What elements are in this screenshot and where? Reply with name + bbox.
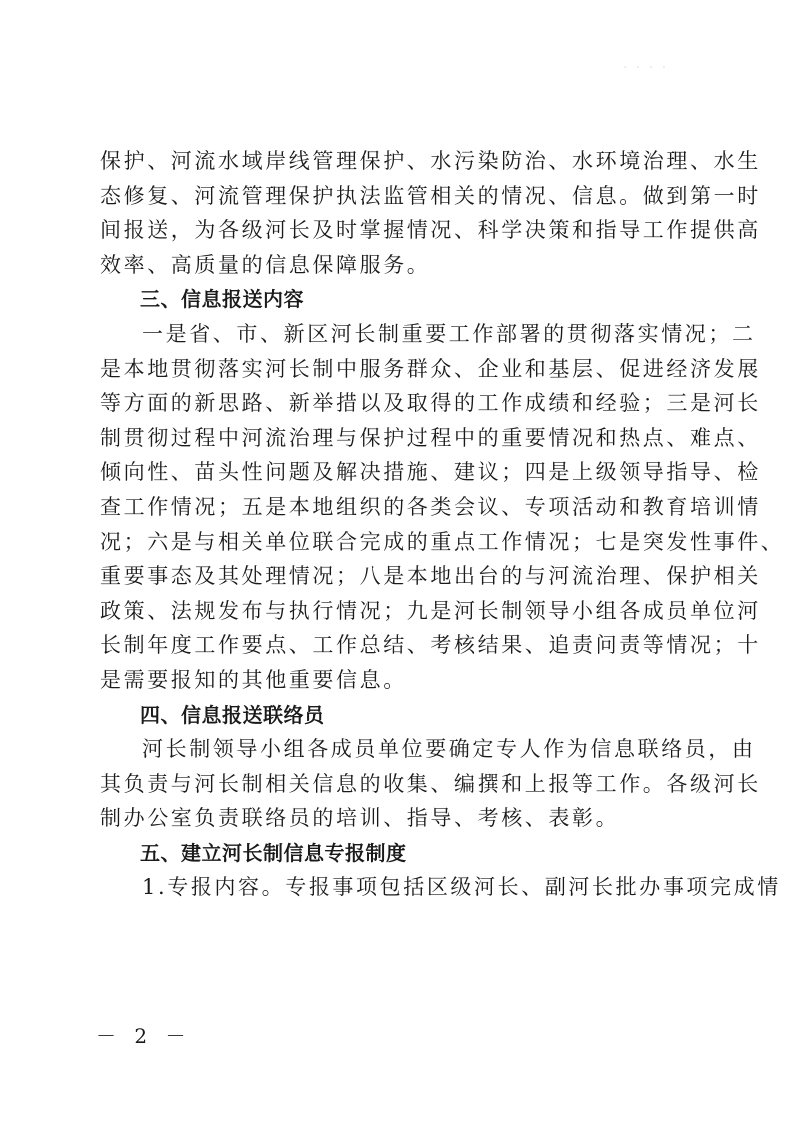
body-line: 态修复、河流管理保护执法监管相关的情况、信息。做到第一时 bbox=[100, 179, 700, 214]
body-line: 是需要报知的其他重要信息。 bbox=[100, 663, 700, 698]
body-line: 重要事态及其处理情况；八是本地出台的与河流治理、保护相关 bbox=[100, 559, 700, 594]
paragraph-start: 一是省、市、新区河长制重要工作部署的贯彻落实情况；二 bbox=[100, 317, 700, 352]
page-number: － 2 － bbox=[96, 1020, 191, 1049]
body-line: 查工作情况；五是本地组织的各类会议、专项活动和教育培训情 bbox=[100, 490, 700, 525]
body-line: 等方面的新思路、新举措以及取得的工作成绩和经验；三是河长 bbox=[100, 386, 700, 421]
paragraph-start: 河长制领导小组各成员单位要确定专人作为信息联络员，由 bbox=[100, 732, 700, 767]
body-line: 长制年度工作要点、工作总结、考核结果、追责问责等情况；十 bbox=[100, 628, 700, 663]
body-line: 制办公室负责联络员的培训、指导、考核、表彰。 bbox=[100, 801, 700, 836]
scan-artifact: · · · · bbox=[623, 60, 713, 76]
document-body: 保护、河流水域岸线管理保护、水污染防治、水环境治理、水生 态修复、河流管理保护执… bbox=[100, 144, 700, 905]
body-line: 制贯彻过程中河流治理与保护过程中的重要情况和热点、难点、 bbox=[100, 421, 700, 456]
body-line: 政策、法规发布与执行情况；九是河长制领导小组各成员单位河 bbox=[100, 594, 700, 629]
body-line: 间报送，为各级河长及时掌握情况、科学决策和指导工作提供高 bbox=[100, 213, 700, 248]
body-line: 倾向性、苗头性问题及解决措施、建议；四是上级领导指导、检 bbox=[100, 455, 700, 490]
section-heading-5: 五、建立河长制信息专报制度 bbox=[100, 836, 700, 871]
body-line: 其负责与河长制相关信息的收集、编撰和上报等工作。各级河长 bbox=[100, 767, 700, 802]
body-line: 况；六是与相关单位联合完成的重点工作情况；七是突发性事件、 bbox=[100, 525, 700, 560]
section-heading-4: 四、信息报送联络员 bbox=[100, 698, 700, 733]
body-line: 效率、高质量的信息保障服务。 bbox=[100, 248, 700, 283]
paragraph-start: 1.专报内容。专报事项包括区级河长、副河长批办事项完成情 bbox=[100, 870, 700, 905]
body-line: 是本地贯彻落实河长制中服务群众、企业和基层、促进经济发展 bbox=[100, 352, 700, 387]
section-heading-3: 三、信息报送内容 bbox=[100, 282, 700, 317]
body-line: 保护、河流水域岸线管理保护、水污染防治、水环境治理、水生 bbox=[100, 144, 700, 179]
